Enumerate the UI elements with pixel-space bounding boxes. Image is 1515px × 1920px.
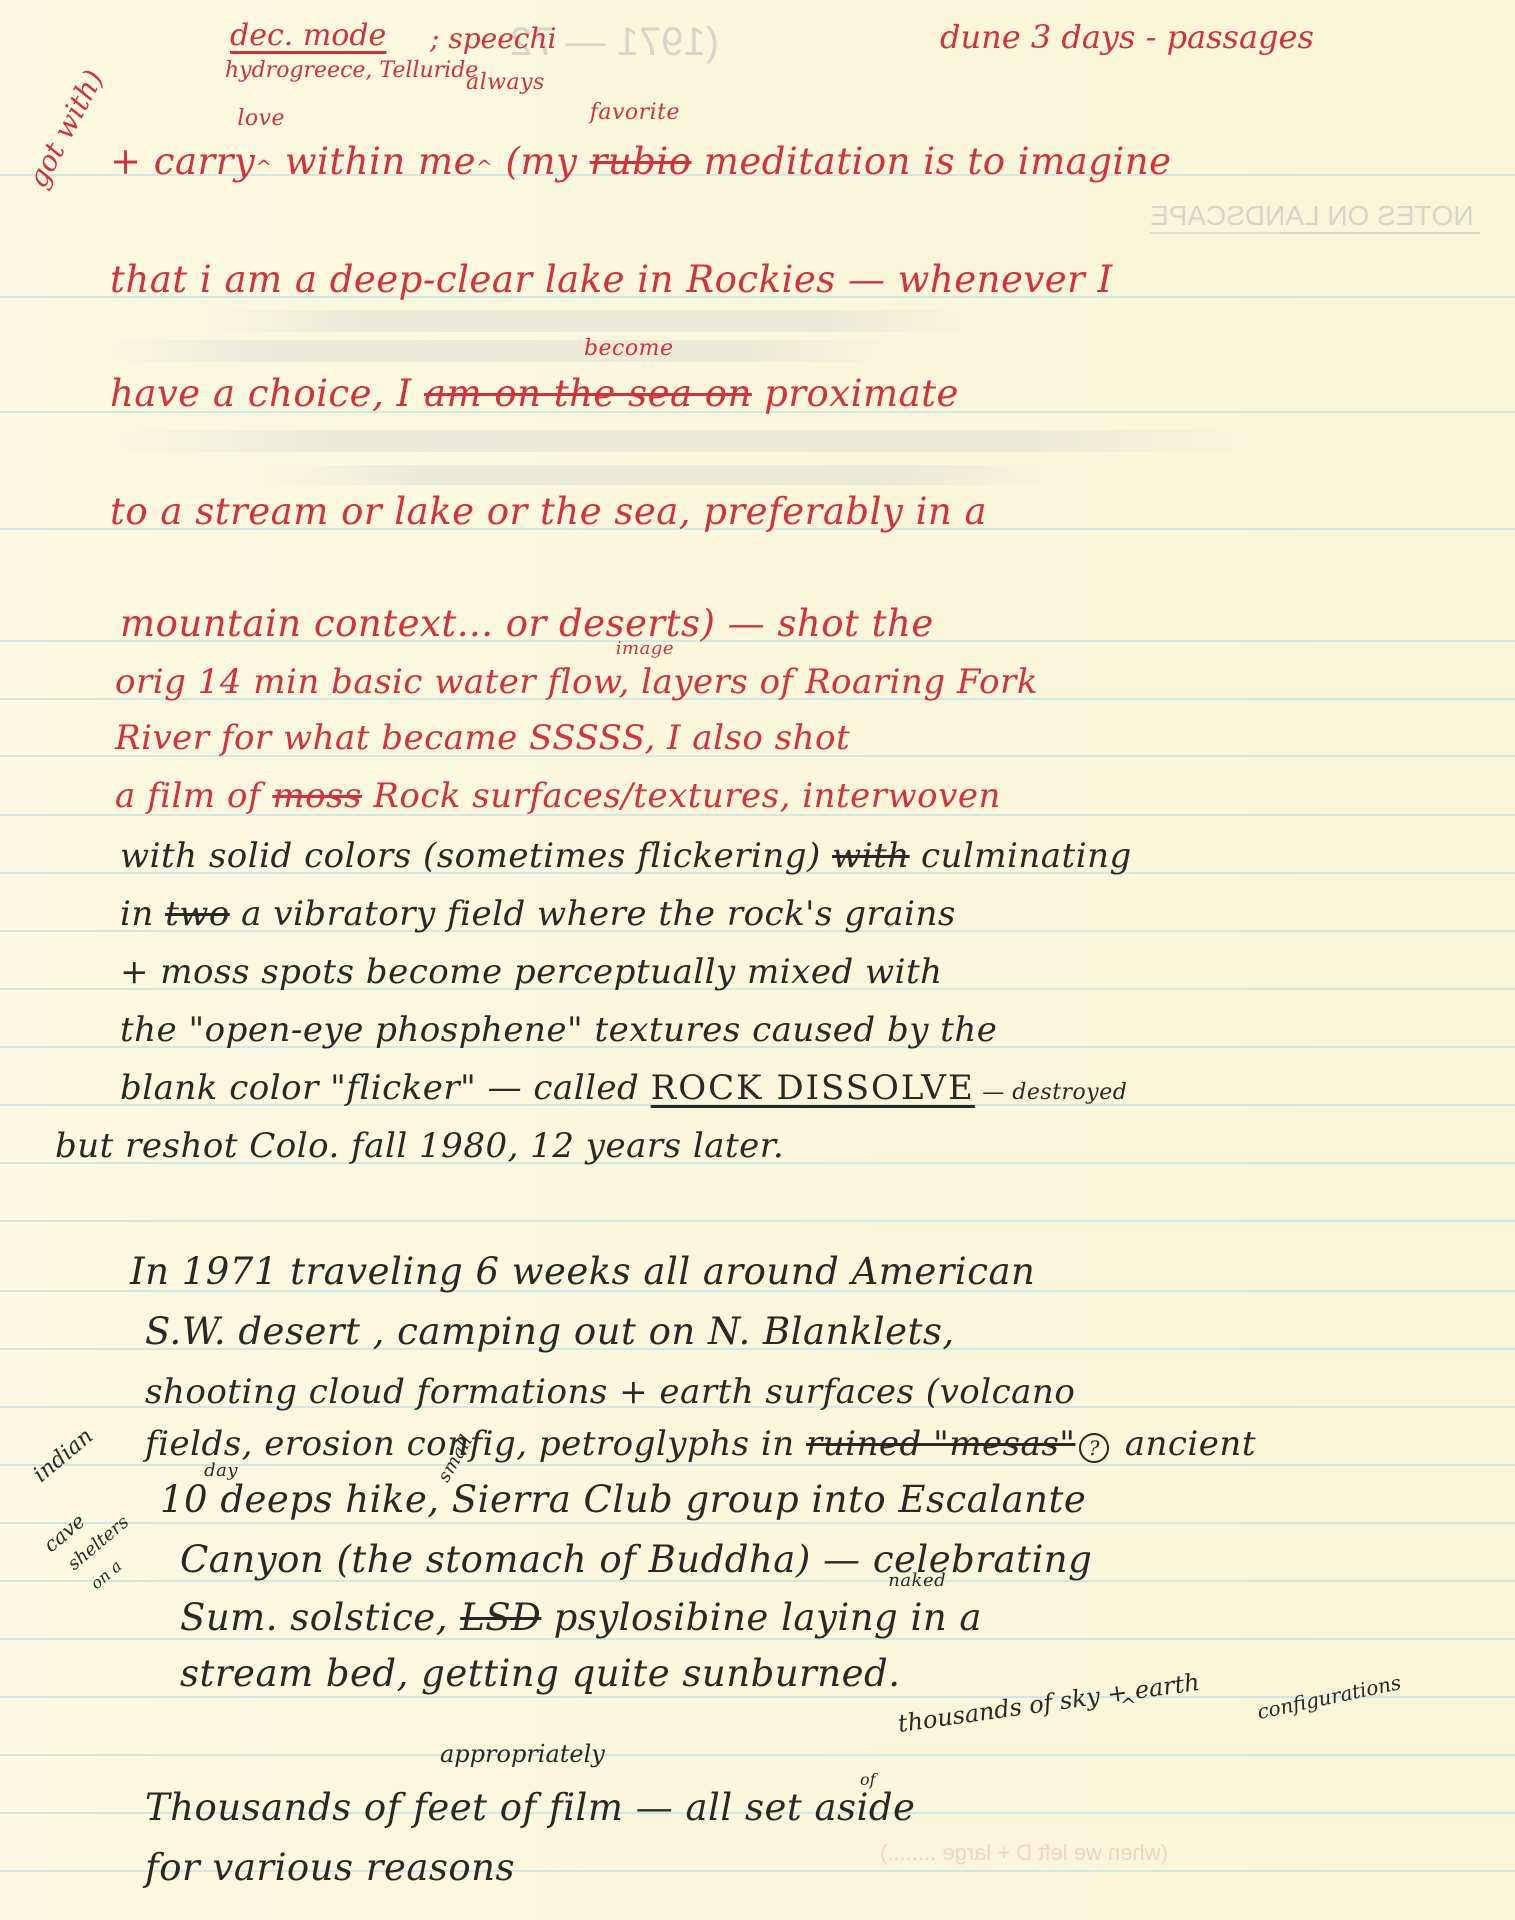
closing-line-1: Thousands of feet of film — all set asid… — [145, 1786, 915, 1829]
note-hydrogreece-telluride: hydrogreece, Telluride — [225, 58, 478, 83]
bleedthrough-scribble — [100, 430, 1250, 452]
circled-question-mark: ? — [1079, 1433, 1109, 1463]
black-line-2: in two a vibratory field where the rock'… — [120, 894, 956, 934]
bleedthrough-scribble — [100, 340, 900, 362]
ruled-line — [0, 1522, 1515, 1524]
black2-line-8: stream bed, getting quite sunburned. — [180, 1652, 900, 1695]
margin-note-indian-cave-shelters: indian — [30, 1425, 97, 1487]
red-line-3: have a choice, I becomeam on the sea on … — [110, 372, 959, 415]
closing-line-2: for various reasons — [145, 1846, 515, 1889]
insert-thousands-sky-earth: thousands of sky + earth — [896, 1668, 1201, 1738]
black-line-4: the "open-eye phosphene" textures caused… — [120, 1010, 997, 1050]
insert-configurations: configurations — [1255, 1670, 1403, 1724]
film-title-rock-dissolve: ROCK DISSOLVE — [651, 1068, 975, 1108]
insert-appropriately: appropriately — [440, 1740, 605, 1768]
black2-line-5: 10day deeps hike,small Sierra Club group… — [160, 1478, 1086, 1521]
red-line-2: that i am a deep-clear lake in Rockies —… — [110, 258, 1113, 301]
red-line-5: mountain context... or deserts) — shot t… — [120, 602, 934, 645]
red-line-4: to a stream or lake or the sea, preferab… — [110, 490, 987, 533]
black2-line-1: In 1971 traveling 6 weeks all around Ame… — [130, 1250, 1035, 1293]
black-line-1: with solid colors (sometimes flickering)… — [120, 836, 1132, 876]
bleedthrough-heading: NOTES ON LANDSCAPE — [1150, 200, 1474, 232]
black2-line-4: fields, erosion config, petroglyphs in r… — [145, 1424, 1256, 1464]
ruled-line — [0, 1220, 1515, 1222]
bleedthrough-scribble — [260, 465, 1060, 485]
ruled-line — [0, 1754, 1515, 1756]
red-line-7: River for what became SSSSS, I also shot — [115, 718, 850, 758]
notebook-page: NOTES ON LANDSCAPE (1971 — 72 dec. mode … — [0, 0, 1515, 1920]
red-line-6: orig 14 min basic water flow,image layer… — [115, 662, 1038, 702]
black2-line-6: Canyon (the stomach of Buddha) — celebra… — [180, 1538, 1092, 1581]
note-speech: ; speechi — [430, 22, 556, 55]
note-dec-mode: dec. mode — [230, 18, 386, 53]
black-line-5: blank color "flicker" — called ROCK DISS… — [120, 1068, 1127, 1108]
red-line-8: a film of moss Rock surfaces/textures, i… — [115, 776, 1001, 816]
black2-line-2: S.W. desert , camping out on N. Blanklet… — [145, 1310, 955, 1353]
margin-note-on-a: on a — [88, 1558, 125, 1592]
bleedthrough-underline — [1150, 232, 1480, 234]
note-dune-passages: dune 3 days - passages — [940, 18, 1314, 56]
black-line-6: but reshot Colo. fall 1980, 12 years lat… — [55, 1126, 784, 1166]
red-line-1: + carrylove^ within mealways^ (my favori… — [110, 140, 1171, 183]
bleedthrough-red-note: (when we left D + large ........) — [880, 1840, 1168, 1866]
bleedthrough-scribble — [200, 310, 980, 332]
black2-line-3: shooting cloud formations + earth surfac… — [145, 1372, 1075, 1412]
black-line-3: + moss spots become perceptually mixed w… — [120, 952, 943, 992]
black2-line-7: Sum. solstice, LSD psylosibine layingnak… — [180, 1596, 982, 1639]
